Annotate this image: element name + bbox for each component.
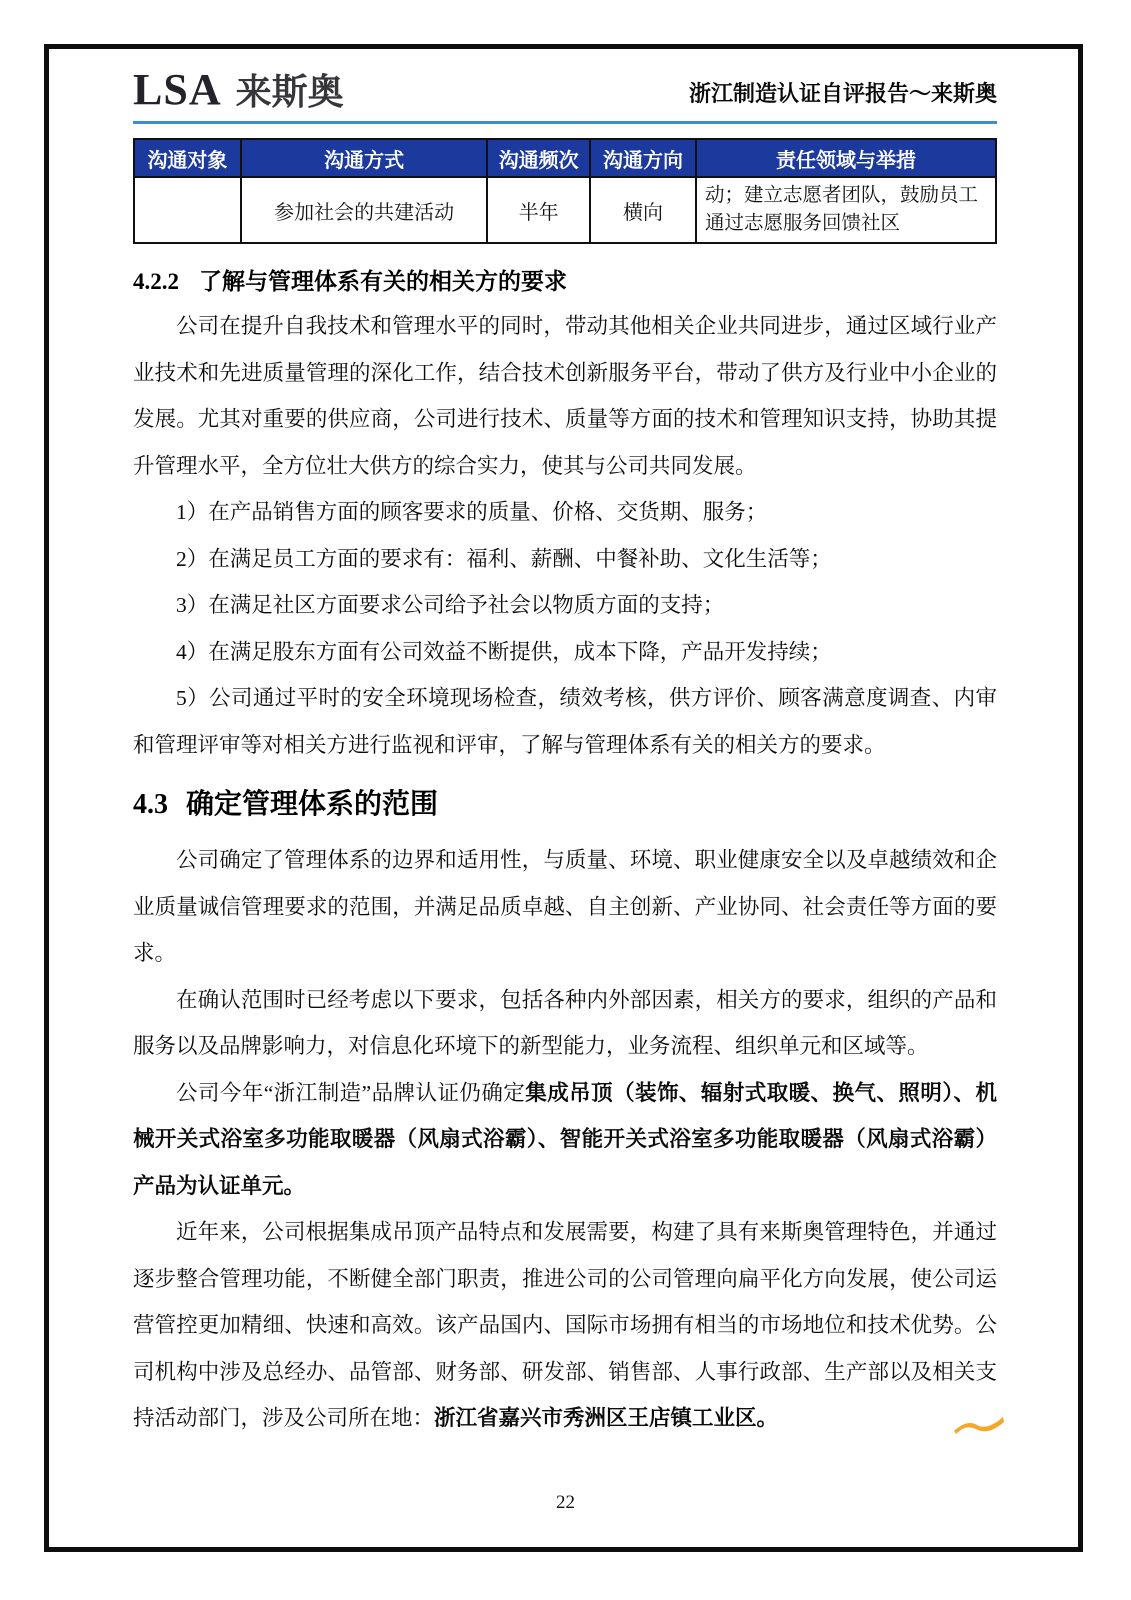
- section-number: 4.3: [133, 789, 168, 820]
- section-heading-4-2-2: 4.2.2了解与管理体系有关的相关方的要求: [133, 265, 997, 298]
- paragraph: 公司确定了管理体系的边界和适用性，与质量、环境、职业健康安全以及卓越绩效和企业质…: [133, 837, 997, 977]
- paragraph-lead: 近年来，公司根据集成吊顶产品特点和发展需要，构建了具有来斯奥管理特色，并通过逐步…: [133, 1220, 997, 1430]
- section-heading-4-3: 4.3确定管理体系的范围: [133, 784, 997, 825]
- page-content: LSA 来斯奥 浙江制造认证自评报告～来斯奥 沟通对象 沟通方式 沟通频次 沟通…: [133, 62, 997, 1442]
- table-cell-frequency: 半年: [487, 177, 590, 243]
- paragraph: 在确认范围时已经考虑以下要求，包括各种内外部因素，相关方的要求，组织的产品和服务…: [133, 977, 997, 1070]
- paragraph-with-bold: 公司今年“浙江制造”品牌认证仍确定集成吊顶（装饰、辐射式取暖、换气、照明）、机械…: [133, 1070, 997, 1210]
- document-page: { "colors": { "table_header_bg": "#1c3a9…: [0, 0, 1131, 1600]
- communication-table: 沟通对象 沟通方式 沟通频次 沟通方向 责任领域与举措 参加社会的共建活动 半年…: [133, 138, 997, 244]
- column-header-direction: 沟通方向: [590, 139, 696, 177]
- column-header-method: 沟通方式: [241, 139, 488, 177]
- table-row: 参加社会的共建活动 半年 横向 动；建立志愿者团队，鼓励员工通过志愿服务回馈社区: [134, 177, 996, 243]
- page-header: LSA 来斯奥 浙江制造认证自评报告～来斯奥: [133, 62, 997, 112]
- table-cell-responsibility: 动；建立志愿者团队，鼓励员工通过志愿服务回馈社区: [696, 177, 996, 243]
- paragraph-lead: 公司今年“浙江制造”品牌认证仍确定: [176, 1081, 525, 1105]
- column-header-frequency: 沟通频次: [487, 139, 590, 177]
- section-number: 4.2.2: [133, 269, 179, 294]
- page-number: 22: [0, 1492, 1131, 1514]
- company-location-bold: 浙江省嘉兴市秀洲区王店镇工业区。: [434, 1406, 778, 1430]
- document-title: 浙江制造认证自评报告～来斯奥: [689, 77, 997, 112]
- header-divider-rule: [133, 121, 997, 124]
- logo-chinese-text: 来斯奥: [236, 72, 344, 112]
- company-logo: LSA 来斯奥: [133, 68, 344, 112]
- paragraph-with-bold: 近年来，公司根据集成吊顶产品特点和发展需要，构建了具有来斯奥管理特色，并通过逐步…: [133, 1209, 997, 1442]
- section-title: 确定管理体系的范围: [186, 788, 438, 819]
- list-item-3: 3）在满足社区方面要求公司给予社会以物质方面的支持；: [133, 582, 997, 629]
- column-header-responsibility: 责任领域与举措: [696, 139, 996, 177]
- list-item-4: 4）在满足股东方面有公司效益不断提供，成本下降，产品开发持续；: [133, 629, 997, 676]
- table-cell-direction: 横向: [590, 177, 696, 243]
- table-header-row: 沟通对象 沟通方式 沟通频次 沟通方向 责任领域与举措: [134, 139, 996, 177]
- section-4-2-2-body: 公司在提升自我技术和管理水平的同时，带动其他相关企业共同进步，通过区域行业产业技…: [133, 303, 997, 768]
- list-item-2: 2）在满足员工方面的要求有：福利、薪酬、中餐补助、文化生活等；: [133, 536, 997, 583]
- column-header-target: 沟通对象: [134, 139, 241, 177]
- logo-lsa-text: LSA: [133, 68, 222, 112]
- section-4-3-body: 公司确定了管理体系的边界和适用性，与质量、环境、职业健康安全以及卓越绩效和企业质…: [133, 837, 997, 1442]
- list-item-5: 5）公司通过平时的安全环境现场检查，绩效考核，供方评价、顾客满意度调查、内审和管…: [133, 675, 997, 768]
- table-cell-target: [134, 177, 241, 243]
- table-cell-method: 参加社会的共建活动: [241, 177, 488, 243]
- section-title: 了解与管理体系有关的相关方的要求: [199, 268, 567, 294]
- list-item-1: 1）在产品销售方面的顾客要求的质量、价格、交货期、服务；: [133, 489, 997, 536]
- paragraph: 公司在提升自我技术和管理水平的同时，带动其他相关企业共同进步，通过区域行业产业技…: [133, 303, 997, 489]
